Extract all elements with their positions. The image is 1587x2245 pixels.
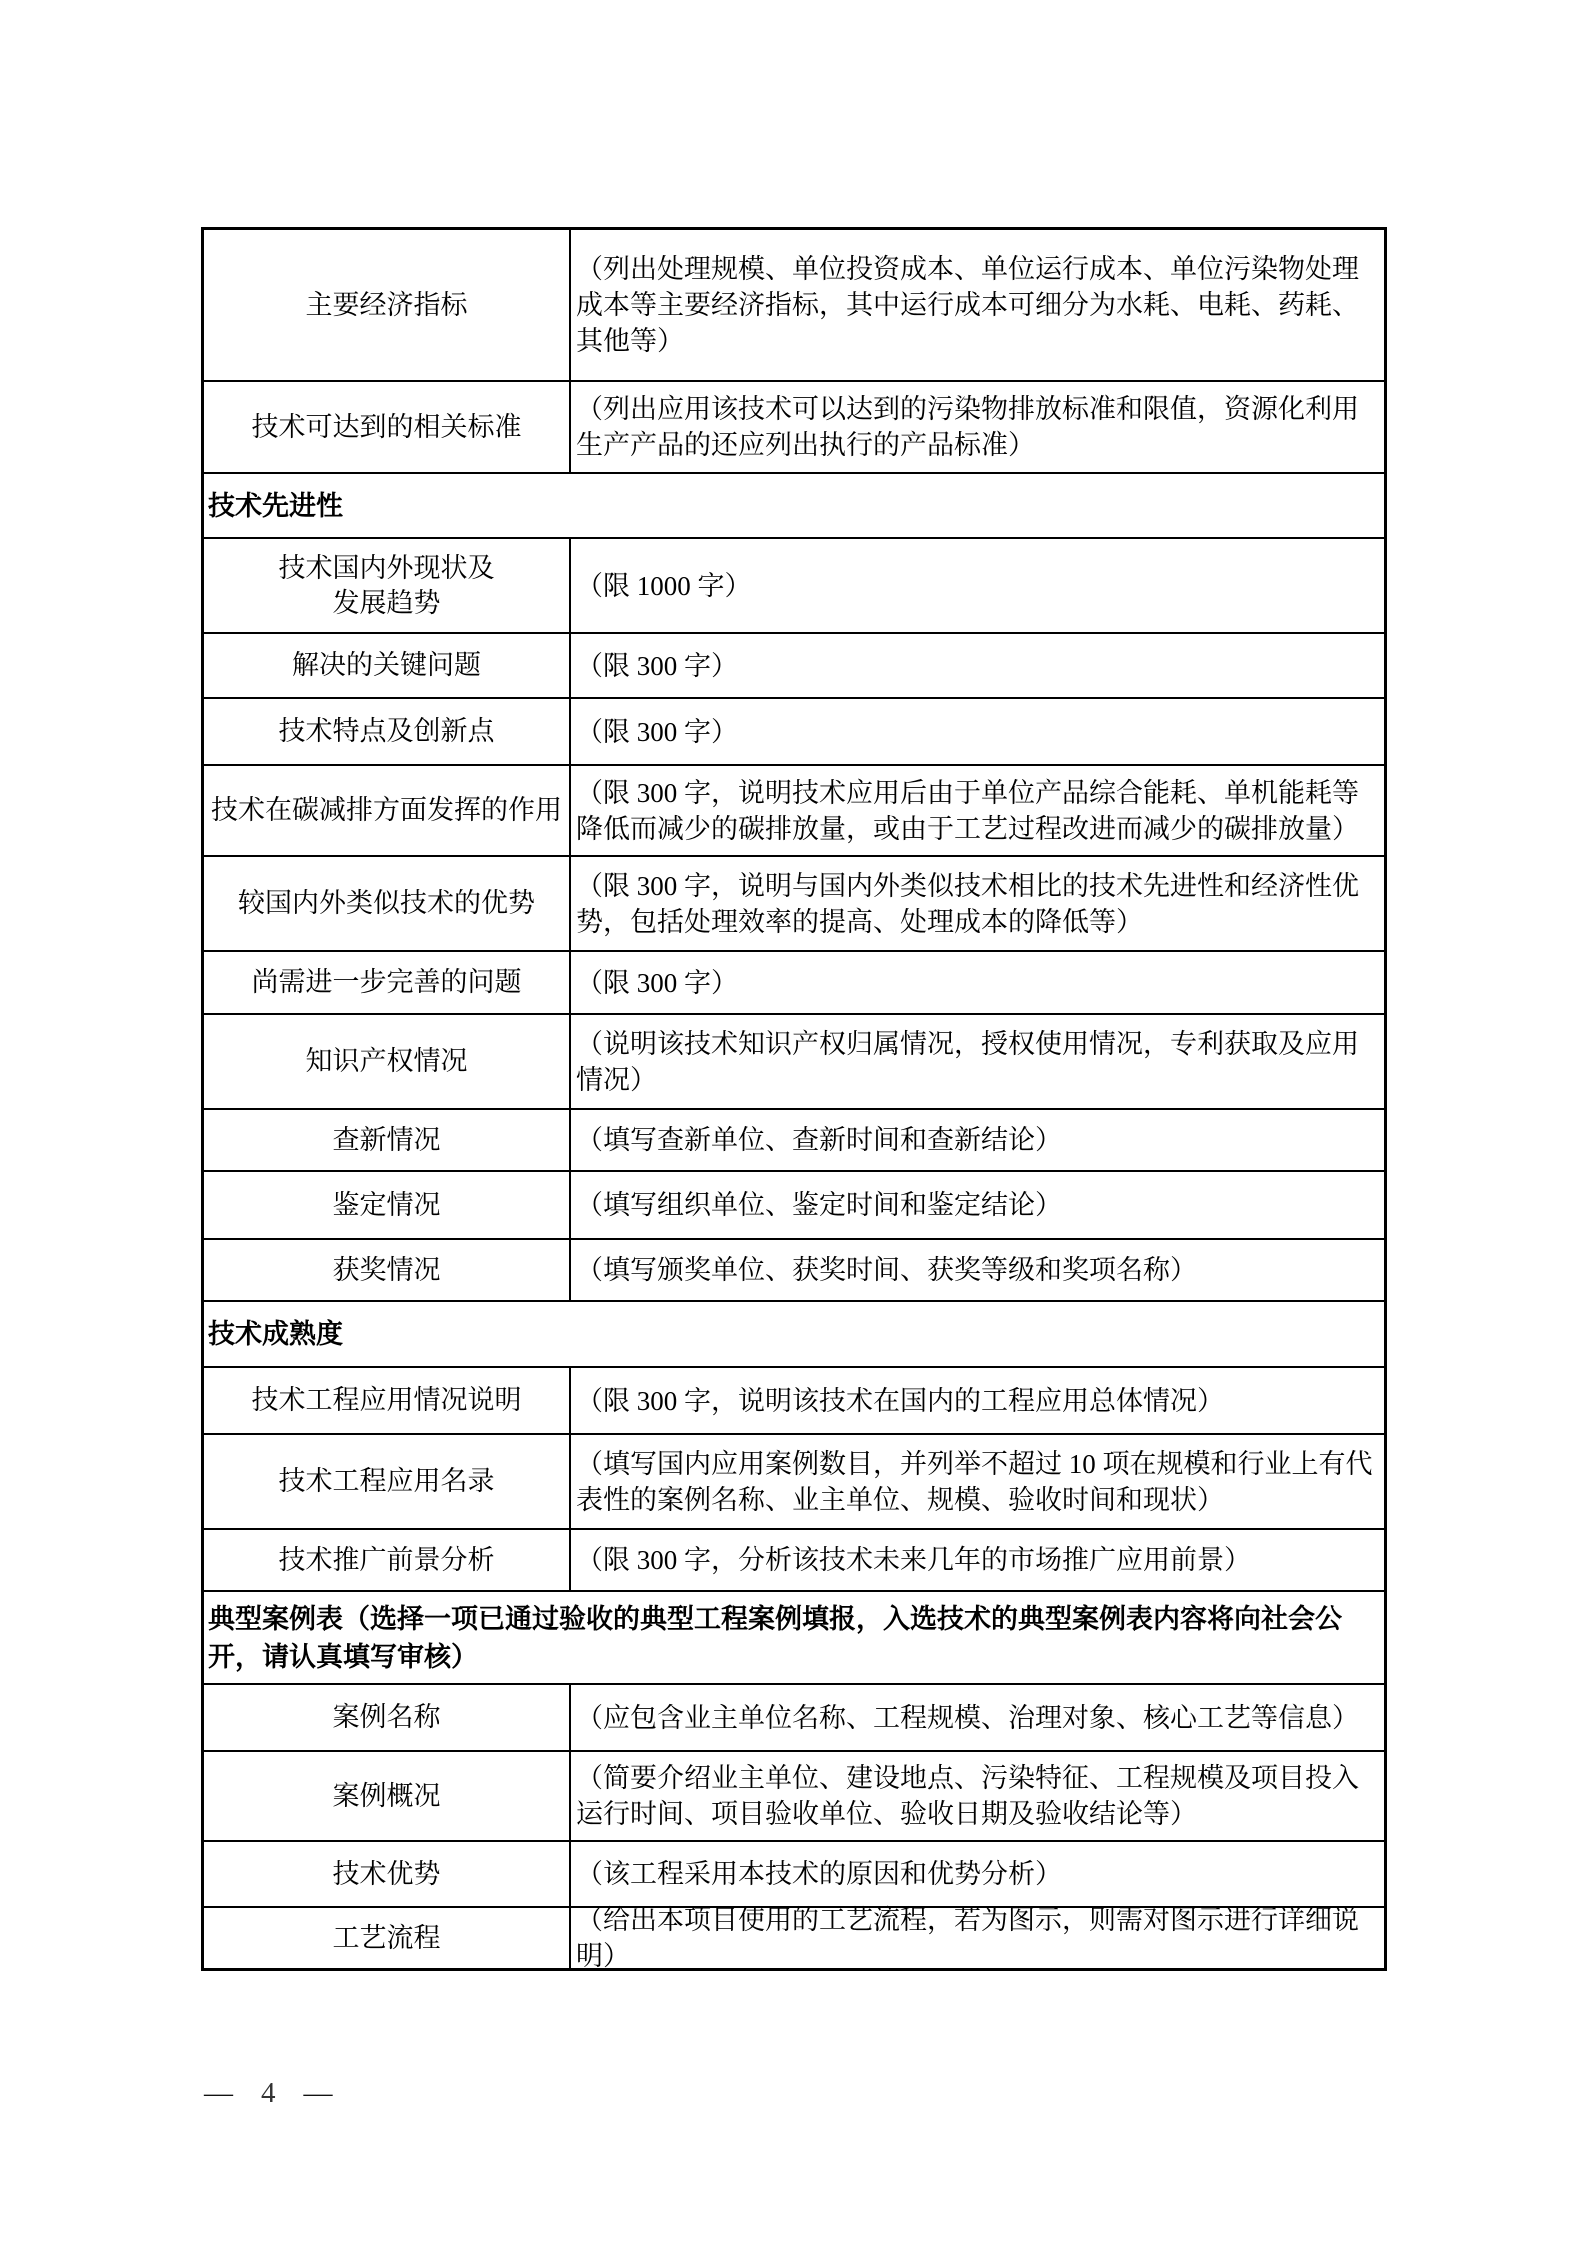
- footer-dash-left: —: [204, 2076, 233, 2110]
- row-content: （填写颁奖单位、获奖时间、获奖等级和奖项名称）: [571, 1240, 1384, 1300]
- row-content: （列出应用该技术可以达到的污染物排放标准和限值，资源化利用生产产品的还应列出执行…: [571, 382, 1384, 472]
- section-header: 技术先进性: [204, 474, 1384, 537]
- table-row: 较国内外类似技术的优势 （限 300 字，说明与国内外类似技术相比的技术先进性和…: [204, 855, 1384, 950]
- row-label: 技术工程应用情况说明: [204, 1368, 571, 1433]
- row-content: （填写国内应用案例数目，并列举不超过 10 项在规模和行业上有代表性的案例名称、…: [571, 1435, 1384, 1528]
- row-label: 鉴定情况: [204, 1172, 571, 1238]
- table-row: 工艺流程 （给出本项目使用的工艺流程，若为图示，则需对图示进行详细说明）: [204, 1906, 1384, 1968]
- section-header: 技术成熟度: [204, 1302, 1384, 1366]
- table-row: 技术可达到的相关标准 （列出应用该技术可以达到的污染物排放标准和限值，资源化利用…: [204, 380, 1384, 472]
- footer-dash-right: —: [304, 2076, 333, 2110]
- section-header: 典型案例表（选择一项已通过验收的典型工程案例填报，入选技术的典型案例表内容将向社…: [204, 1592, 1384, 1683]
- row-label: 主要经济指标: [204, 230, 571, 380]
- table-row: 技术优势 （该工程采用本技术的原因和优势分析）: [204, 1840, 1384, 1906]
- row-content: （该工程采用本技术的原因和优势分析）: [571, 1842, 1384, 1906]
- row-content: （限 300 字，说明该技术在国内的工程应用总体情况）: [571, 1368, 1384, 1433]
- row-content: （填写查新单位、查新时间和查新结论）: [571, 1110, 1384, 1170]
- row-label: 技术特点及创新点: [204, 699, 571, 764]
- row-content: （简要介绍业主单位、建设地点、污染特征、工程规模及项目投入运行时间、项目验收单位…: [571, 1752, 1384, 1840]
- row-label: 技术国内外现状及 发展趋势: [204, 539, 571, 632]
- row-content: （说明该技术知识产权归属情况，授权使用情况，专利获取及应用情况）: [571, 1015, 1384, 1108]
- page-number: 4: [261, 2076, 276, 2110]
- row-content: （限 1000 字）: [571, 539, 1384, 632]
- row-label: 案例名称: [204, 1685, 571, 1750]
- section-header-row: 技术成熟度: [204, 1300, 1384, 1366]
- table-row: 知识产权情况 （说明该技术知识产权归属情况，授权使用情况，专利获取及应用情况）: [204, 1013, 1384, 1108]
- row-label: 技术推广前景分析: [204, 1530, 571, 1590]
- row-content: （列出处理规模、单位投资成本、单位运行成本、单位污染物处理成本等主要经济指标，其…: [571, 230, 1384, 380]
- row-label: 技术工程应用名录: [204, 1435, 571, 1528]
- row-content: （限 300 字，说明技术应用后由于单位产品综合能耗、单机能耗等降低而减少的碳排…: [571, 766, 1384, 855]
- row-label: 较国内外类似技术的优势: [204, 857, 571, 950]
- application-form-table: 主要经济指标 （列出处理规模、单位投资成本、单位运行成本、单位污染物处理成本等主…: [201, 227, 1387, 1971]
- table-row: 鉴定情况 （填写组织单位、鉴定时间和鉴定结论）: [204, 1170, 1384, 1238]
- row-label: 技术在碳减排方面发挥的作用: [204, 766, 571, 855]
- page-footer: — 4 —: [204, 2076, 333, 2110]
- row-content: （限 300 字）: [571, 699, 1384, 764]
- row-label: 技术可达到的相关标准: [204, 382, 571, 472]
- row-content: （限 300 字，说明与国内外类似技术相比的技术先进性和经济性优势，包括处理效率…: [571, 857, 1384, 950]
- table-row: 技术工程应用名录 （填写国内应用案例数目，并列举不超过 10 项在规模和行业上有…: [204, 1433, 1384, 1528]
- row-label: 技术优势: [204, 1842, 571, 1906]
- table-row: 技术国内外现状及 发展趋势 （限 1000 字）: [204, 537, 1384, 632]
- row-label: 知识产权情况: [204, 1015, 571, 1108]
- table-row: 案例概况 （简要介绍业主单位、建设地点、污染特征、工程规模及项目投入运行时间、项…: [204, 1750, 1384, 1840]
- row-label: 解决的关键问题: [204, 634, 571, 697]
- section-header-row: 典型案例表（选择一项已通过验收的典型工程案例填报，入选技术的典型案例表内容将向社…: [204, 1590, 1384, 1683]
- table-row: 技术工程应用情况说明 （限 300 字，说明该技术在国内的工程应用总体情况）: [204, 1366, 1384, 1433]
- table-row: 案例名称 （应包含业主单位名称、工程规模、治理对象、核心工艺等信息）: [204, 1683, 1384, 1750]
- row-content: （限 300 字）: [571, 634, 1384, 697]
- row-content: （限 300 字）: [571, 952, 1384, 1013]
- row-label: 获奖情况: [204, 1240, 571, 1300]
- row-label: 尚需进一步完善的问题: [204, 952, 571, 1013]
- row-content: （限 300 字，分析该技术未来几年的市场推广应用前景）: [571, 1530, 1384, 1590]
- table-row: 技术在碳减排方面发挥的作用 （限 300 字，说明技术应用后由于单位产品综合能耗…: [204, 764, 1384, 855]
- table-row: 技术特点及创新点 （限 300 字）: [204, 697, 1384, 764]
- row-label: 案例概况: [204, 1752, 571, 1840]
- section-header-row: 技术先进性: [204, 472, 1384, 537]
- row-label: 工艺流程: [204, 1908, 571, 1968]
- row-content: （给出本项目使用的工艺流程，若为图示，则需对图示进行详细说明）: [571, 1908, 1384, 1968]
- row-content: （应包含业主单位名称、工程规模、治理对象、核心工艺等信息）: [571, 1685, 1384, 1750]
- row-content: （填写组织单位、鉴定时间和鉴定结论）: [571, 1172, 1384, 1238]
- table-row: 尚需进一步完善的问题 （限 300 字）: [204, 950, 1384, 1013]
- table-row: 主要经济指标 （列出处理规模、单位投资成本、单位运行成本、单位污染物处理成本等主…: [204, 230, 1384, 380]
- table-row: 解决的关键问题 （限 300 字）: [204, 632, 1384, 697]
- row-label: 查新情况: [204, 1110, 571, 1170]
- table-row: 技术推广前景分析 （限 300 字，分析该技术未来几年的市场推广应用前景）: [204, 1528, 1384, 1590]
- table-row: 查新情况 （填写查新单位、查新时间和查新结论）: [204, 1108, 1384, 1170]
- table-row: 获奖情况 （填写颁奖单位、获奖时间、获奖等级和奖项名称）: [204, 1238, 1384, 1300]
